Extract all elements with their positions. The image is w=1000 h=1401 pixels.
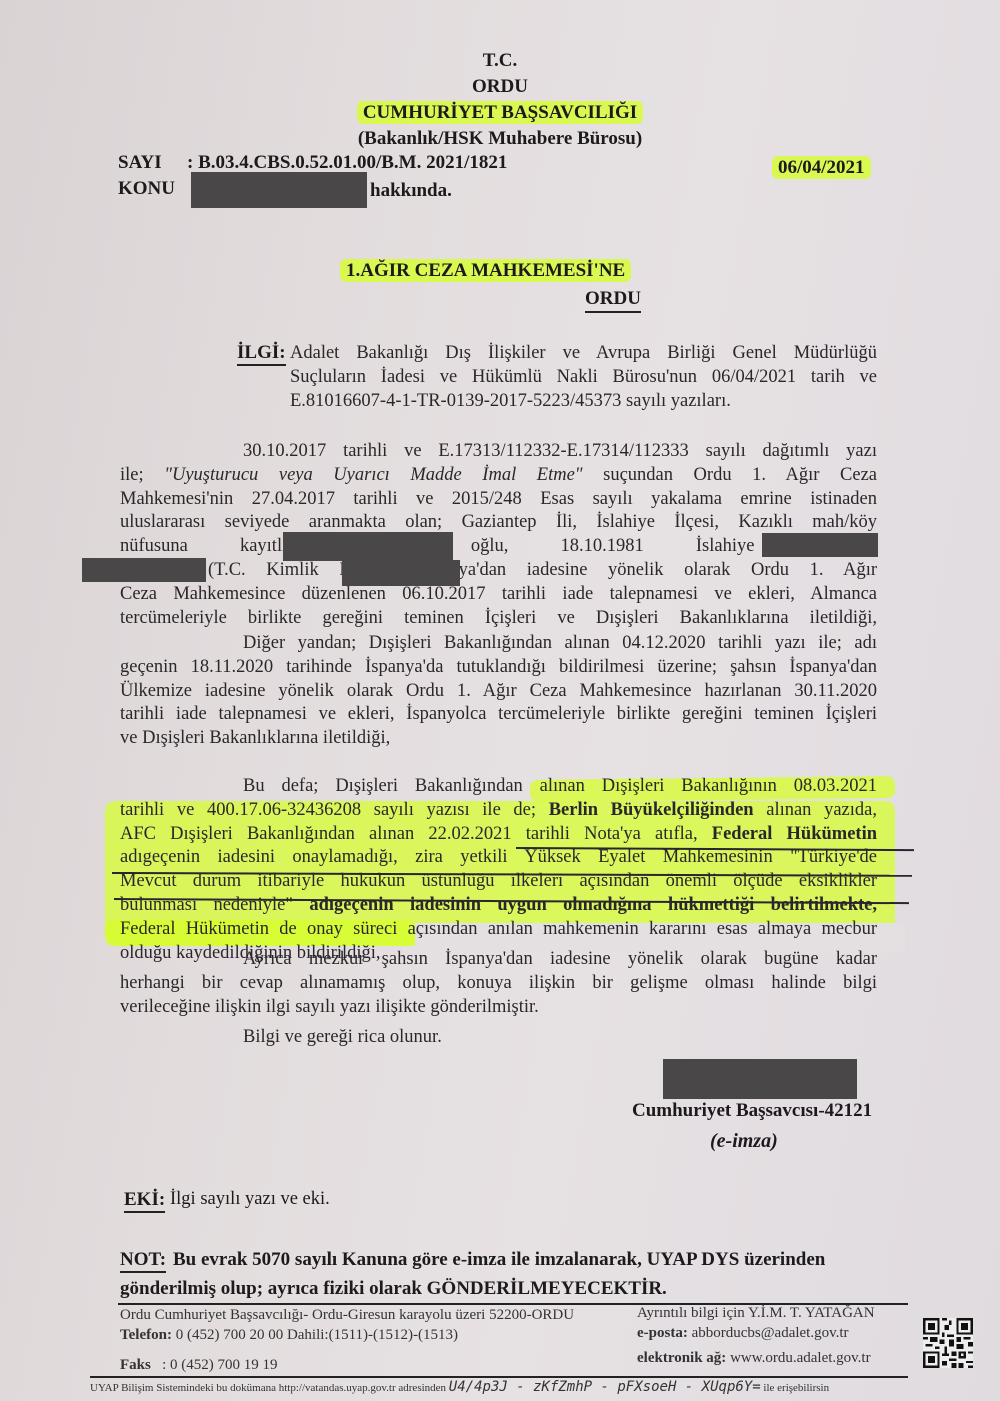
konu-label: KONU <box>118 178 175 200</box>
header-country: T.C. <box>0 50 1000 72</box>
footer-address: Ordu Cumhuriyet Başsavcılığı- Ordu-Gires… <box>120 1307 574 1324</box>
closing-text: Bilgi ve gereği rica olunur. <box>243 1027 442 1048</box>
qr-code-icon <box>923 1318 973 1368</box>
note-line-1: Bu evrak 5070 sayılı Kanuna göre e-imza … <box>173 1249 825 1271</box>
note-label: NOT: <box>120 1249 166 1273</box>
name-redaction-1 <box>283 532 453 561</box>
recipient-city: ORDU <box>585 288 641 313</box>
footer-web: elektronik ağ: www.ordu.adalet.gov.tr <box>637 1350 871 1367</box>
paragraph-2: Diğer yandan; Dışişleri Bakanlığından al… <box>120 632 877 751</box>
ilgi-label: İLGİ: <box>237 342 286 366</box>
signatory-redaction <box>663 1059 857 1099</box>
name-redaction-3 <box>82 558 206 582</box>
ilgi-text: Adalet Bakanlığı Dış İlişkiler ve Avrupa… <box>290 342 877 413</box>
paragraph-3: Bu defa; Dışişleri Bakanlığından alınan … <box>120 775 877 965</box>
paragraph-4: Ayrıca mezkur şahsın İspanya'dan iadesin… <box>120 948 877 1019</box>
footer-info: Ayrıntılı bilgi için Y.İ.M. T. YATAĞAN <box>637 1305 875 1322</box>
recipient-court: 1.AĞIR CEZA MAHKEMESİ'NE <box>340 260 631 282</box>
konu-suffix: hakkında. <box>370 180 452 202</box>
footer-fax: Faks : 0 (452) 700 19 19 <box>120 1357 278 1374</box>
name-redaction-2 <box>762 533 878 557</box>
berlin-embassy: Berlin Büyükelçiliğinden <box>549 800 754 820</box>
header-bureau: (Bakanlık/HSK Muhabere Bürosu) <box>0 128 1000 150</box>
header-office: CUMHURİYET BAŞSAVCILIĞI <box>0 102 1000 124</box>
e-signature-label: (e-imza) <box>710 1130 778 1153</box>
footer-email: e-posta: abborducbs@adalet.gov.tr <box>637 1325 849 1342</box>
footer-rule-bottom <box>90 1376 908 1378</box>
sayi-label: SAYI <box>118 152 162 174</box>
attachment-text: İlgi sayılı yazı ve eki. <box>170 1189 330 1210</box>
signatory-title: Cumhuriyet Başsavcısı-42121 <box>632 1100 872 1122</box>
id-number-redaction <box>342 560 460 586</box>
recipient-court-text: 1.AĞIR CEZA MAHKEMESİ'NE <box>340 259 631 282</box>
konu-redaction <box>191 172 367 208</box>
header-city: ORDU <box>0 76 1000 98</box>
footer-phone: Telefon: 0 (452) 700 20 00 Dahili:(1511)… <box>120 1327 458 1344</box>
sayi-value: : B.03.4.CBS.0.52.01.00/B.M. 2021/1821 <box>187 152 507 174</box>
uyap-access-code: U4/4p3J - zKfZmhP - pFXsoeH - XUqp6Y= <box>449 1379 761 1395</box>
document-date-text: 06/04/2021 <box>772 156 871 179</box>
note-line-2: gönderilmiş olup; ayrıca fiziki olarak G… <box>120 1278 667 1300</box>
attachment-label: EKİ: <box>124 1189 165 1213</box>
uyap-access-line: UYAP Bilişim Sistemindeki bu dokümana ht… <box>90 1379 829 1395</box>
header-office-text: CUMHURİYET BAŞSAVCILIĞI <box>357 101 643 124</box>
document-date: 06/04/2021 <box>772 157 871 179</box>
